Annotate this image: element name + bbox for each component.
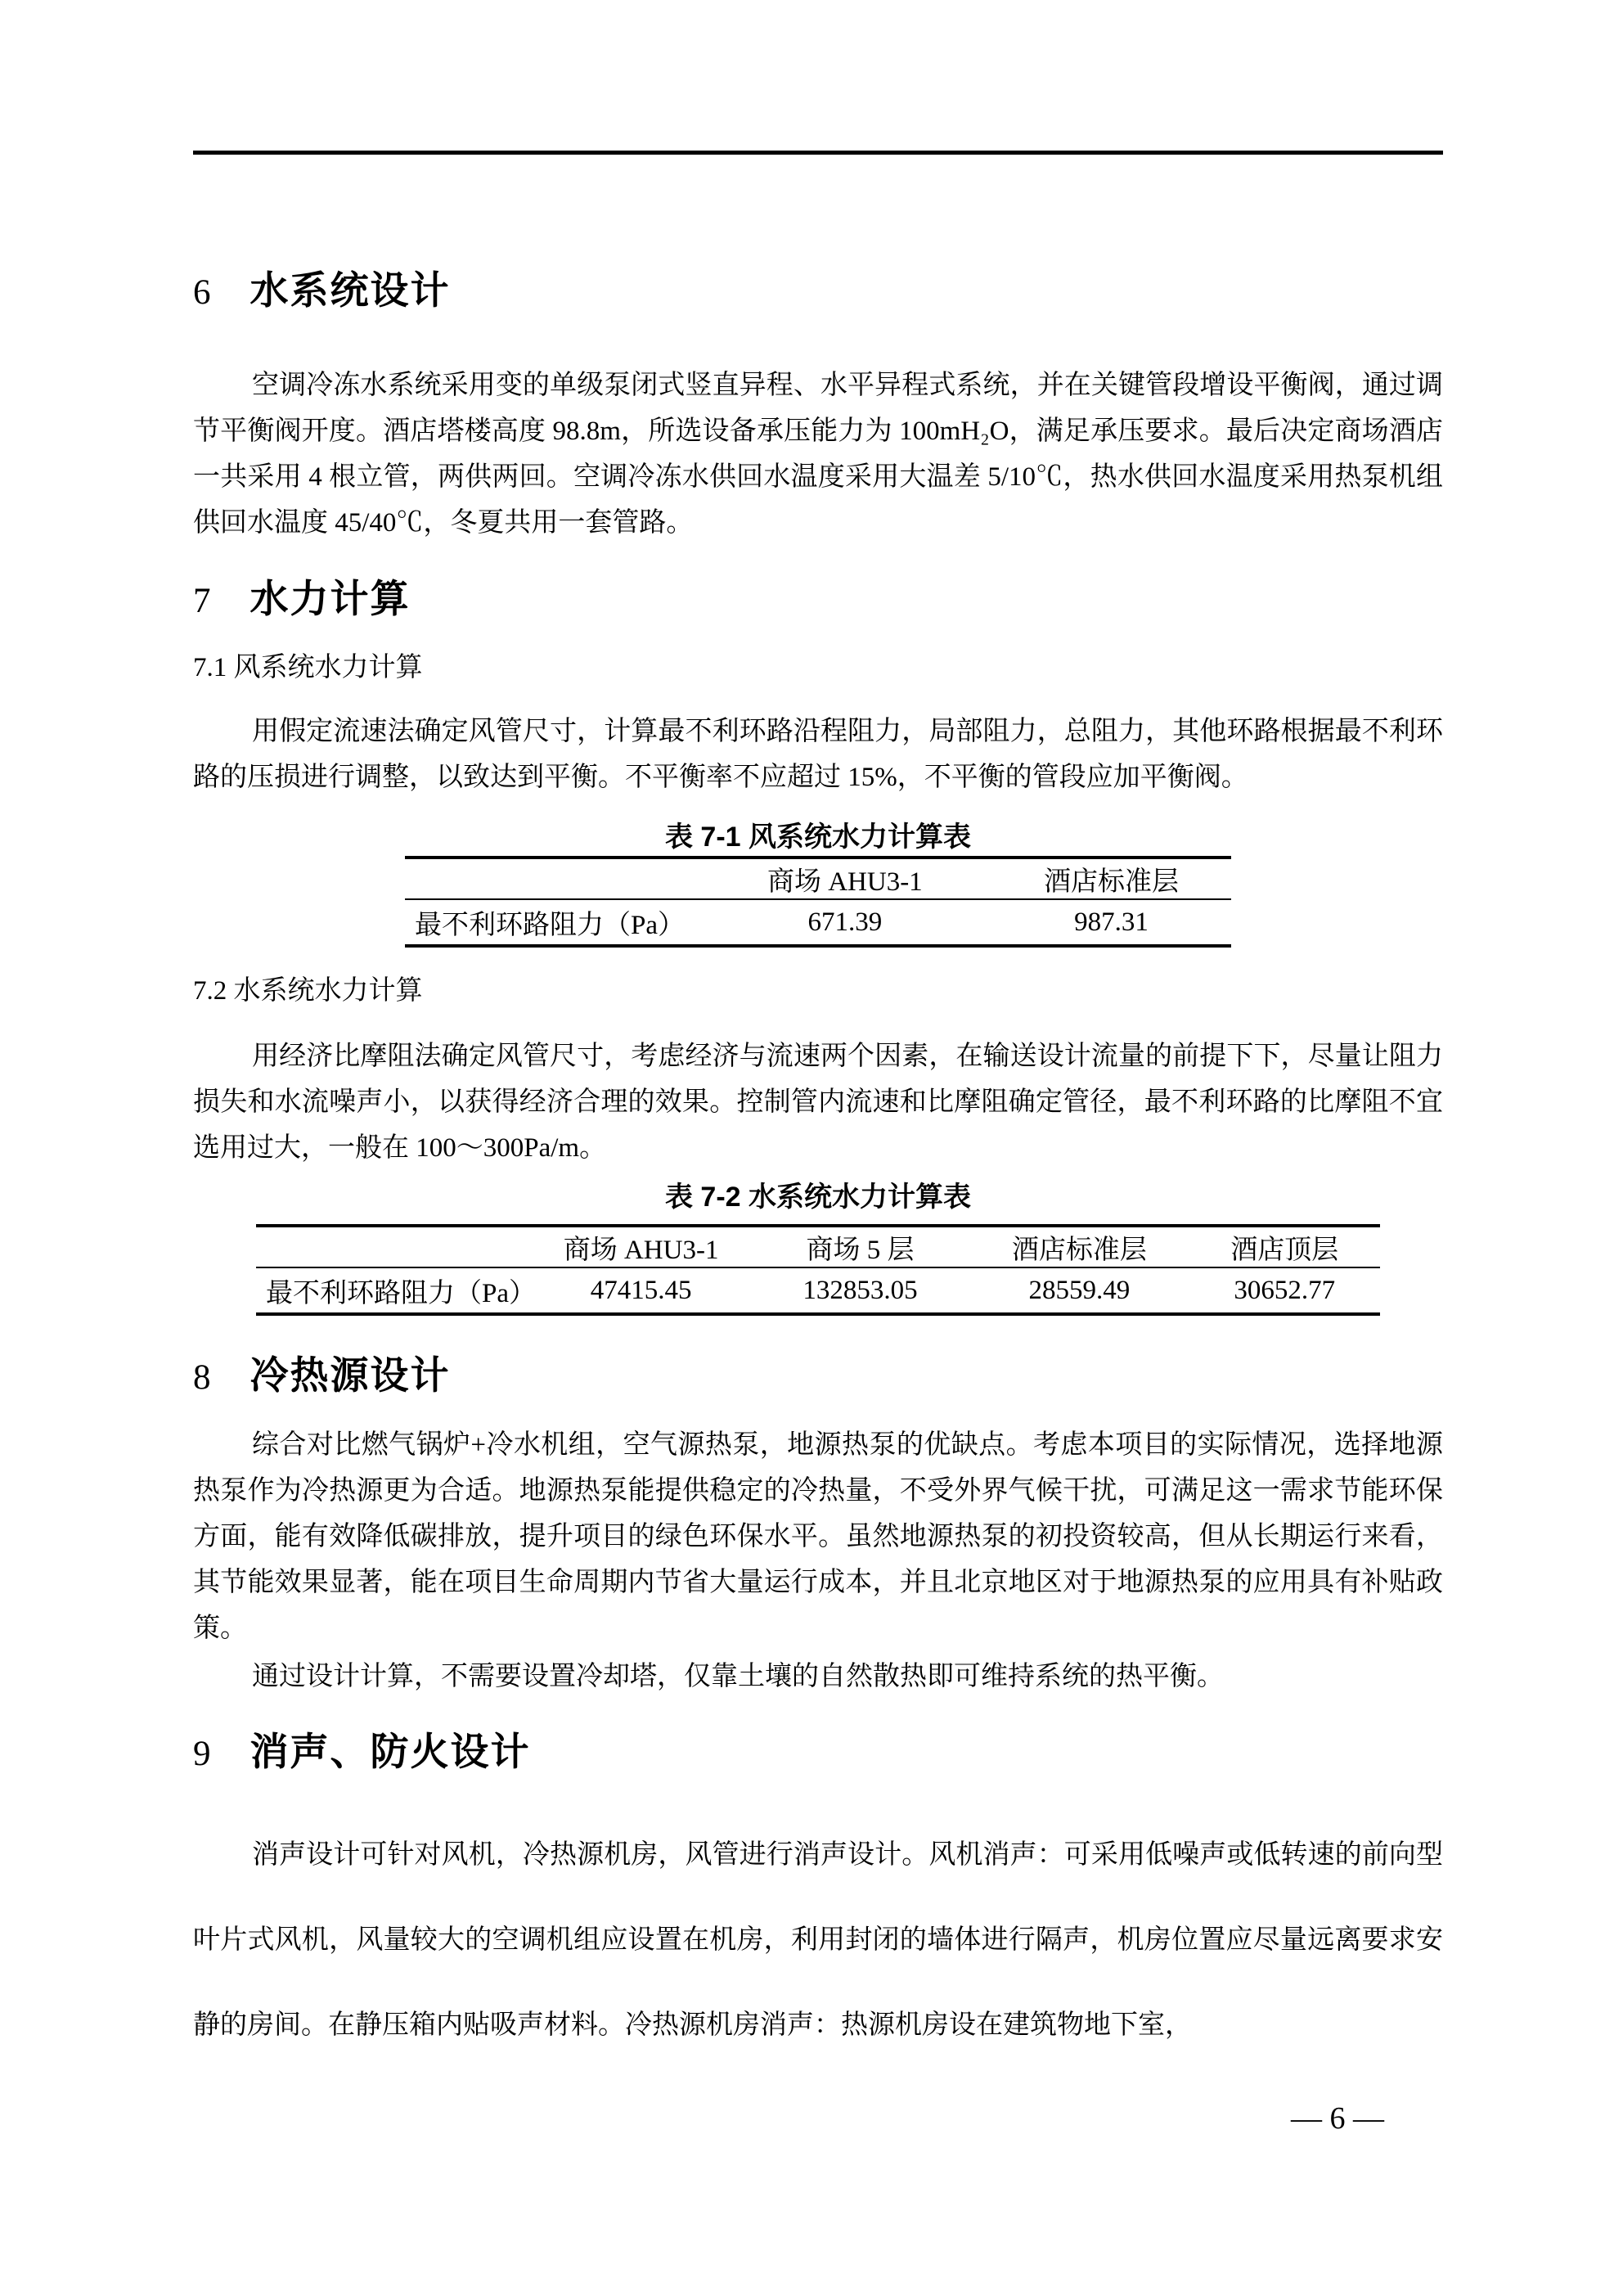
table-7-1-header-blank (405, 858, 699, 899)
table-7-2-header-col3: 酒店标准层 (969, 1226, 1189, 1267)
table-7-2-value-4: 30652.77 (1189, 1267, 1380, 1314)
section-7-2-paragraph: 用经济比摩阻法确定风管尺寸，考虑经济与流速两个因素，在输送设计流量的前提下下，尽… (193, 1033, 1443, 1171)
table-7-2-caption: 表 7-2 水系统水力计算表 (193, 1178, 1443, 1216)
section-6-title: 水系统设计 (250, 268, 451, 312)
table-7-2-value-3: 28559.49 (969, 1267, 1189, 1314)
section-9-paragraph: 消声设计可针对风机，冷热源机房，风管进行消声设计。风机消声：可采用低噪声或低转速… (193, 1812, 1443, 2068)
section-9-title: 消声、防火设计 (250, 1730, 531, 1773)
table-7-1-header-col1: 商场 AHU3-1 (699, 858, 992, 899)
table-7-2-header-col2: 商场 5 层 (751, 1226, 970, 1267)
section-6-number: 6 (193, 273, 211, 312)
table-7-2-header-col4: 酒店顶层 (1189, 1226, 1380, 1267)
document-page: 6水系统设计 空调冷冻水系统采用变的单级泵闭式竖直异程、水平异程式系统，并在关键… (0, 0, 1623, 2296)
table-7-2: 商场 AHU3-1 商场 5 层 酒店标准层 酒店顶层 最不利环路阻力（Pa） … (256, 1224, 1380, 1316)
section-8-heading: 8冷热源设计 (193, 1351, 1443, 1402)
table-7-1: 商场 AHU3-1 酒店标准层 最不利环路阻力（Pa） 671.39 987.3… (405, 856, 1231, 948)
table-7-2-value-2: 132853.05 (751, 1267, 970, 1314)
table-7-1-caption: 表 7-1 风系统水力计算表 (193, 818, 1443, 856)
section-7-heading: 7水力计算 (193, 574, 1443, 626)
table-7-2-header-blank (256, 1226, 532, 1267)
table-7-1-data-row: 最不利环路阻力（Pa） 671.39 987.31 (405, 899, 1231, 946)
table-7-2-header-row: 商场 AHU3-1 商场 5 层 酒店标准层 酒店顶层 (256, 1226, 1380, 1267)
section-6-paragraph: 空调冷冻水系统采用变的单级泵闭式竖直异程、水平异程式系统，并在关键管段增设平衡阀… (193, 362, 1443, 546)
table-7-1-header-col2: 酒店标准层 (991, 858, 1231, 899)
table-7-2-data-row: 最不利环路阻力（Pa） 47415.45 132853.05 28559.49 … (256, 1267, 1380, 1314)
section-7-1-paragraph: 用假定流速法确定风管尺寸，计算最不利环路沿程阻力，局部阻力，总阻力，其他环路根据… (193, 709, 1443, 800)
table-7-2-row-label: 最不利环路阻力（Pa） (256, 1267, 532, 1314)
table-7-1-value-1: 671.39 (699, 899, 992, 946)
section-9-number: 9 (193, 1735, 211, 1773)
table-7-2-value-1: 47415.45 (532, 1267, 751, 1314)
section-9-heading: 9消声、防火设计 (193, 1727, 1443, 1779)
section-8-number: 8 (193, 1358, 211, 1397)
section-7-2-heading: 7.2 水系统水力计算 (193, 973, 1443, 1009)
section-8-paragraph-1: 综合对比燃气锅炉+冷水机组，空气源热泵，地源热泵的优缺点。考虑本项目的实际情况，… (193, 1422, 1443, 1651)
section-8-paragraph-2: 通过设计计算，不需要设置冷却塔，仅靠土壤的自然散热即可维持系统的热平衡。 (193, 1654, 1443, 1699)
table-7-1-header-row: 商场 AHU3-1 酒店标准层 (405, 858, 1231, 899)
page-content: 6水系统设计 空调冷冻水系统采用变的单级泵闭式竖直异程、水平异程式系统，并在关键… (193, 151, 1443, 2139)
section-6-heading: 6水系统设计 (193, 266, 1443, 317)
table-7-1-value-2: 987.31 (991, 899, 1231, 946)
header-rule (193, 151, 1443, 155)
table-7-2-header-col1: 商场 AHU3-1 (532, 1226, 751, 1267)
section-7-1-heading: 7.1 风系统水力计算 (193, 650, 1443, 686)
section-7-title: 水力计算 (250, 577, 411, 620)
page-number: — 6 — (193, 2098, 1443, 2139)
table-7-1-row-label: 最不利环路阻力（Pa） (405, 899, 699, 946)
section-7-number: 7 (193, 582, 211, 620)
section-8-title: 冷热源设计 (250, 1353, 451, 1397)
